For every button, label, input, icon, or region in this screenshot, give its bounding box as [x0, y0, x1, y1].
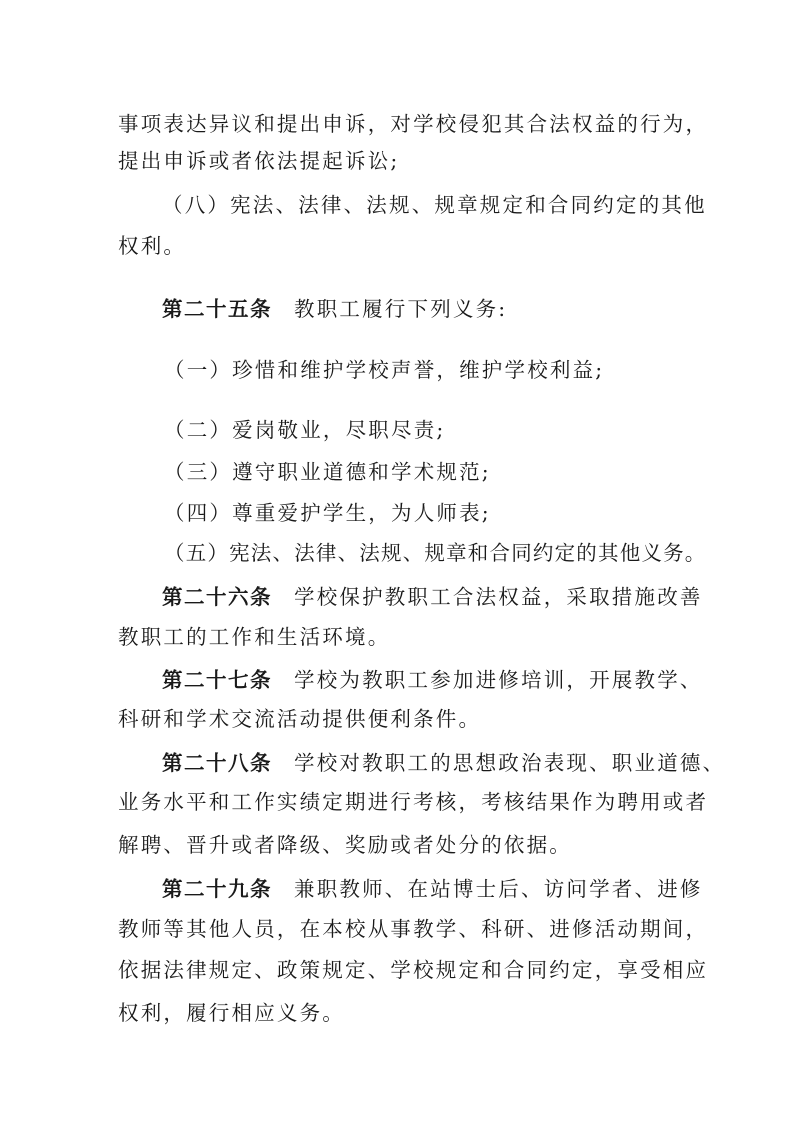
article-text: 学校对教职工的思想政治表现、职业道德、 — [294, 751, 725, 775]
article-heading: 第二十六条 — [162, 585, 272, 609]
paragraph-line: 解聘、晋升或者降级、奖励或者处分的依据。 — [118, 833, 572, 857]
paragraph-line: 教职工的工作和生活环境。 — [118, 625, 390, 649]
list-item: （五）宪法、法律、法规、规章和合同约定的其他义务。 — [164, 541, 707, 565]
article-29: 第二十九条兼职教师、在站博士后、访问学者、进修 — [162, 877, 703, 901]
article-26: 第二十六条学校保护教职工合法权益，采取措施改善 — [162, 585, 703, 609]
list-item: （一）珍惜和维护学校声誉，维护学校利益; — [164, 358, 604, 382]
article-25: 第二十五条教职工履行下列义务: — [162, 297, 507, 321]
article-text: 教职工履行下列义务: — [294, 297, 507, 321]
paragraph-line: 教师等其他人员，在本校从事教学、科研、进修活动期间， — [118, 917, 708, 941]
article-heading: 第二十八条 — [162, 751, 272, 775]
list-item: （三）遵守职业道德和学术规范; — [164, 460, 491, 484]
paragraph-line: 依据法律规定、政策规定、学校规定和合同约定，享受相应 — [118, 958, 708, 982]
list-item: （四）尊重爱护学生，为人师表; — [164, 501, 491, 525]
paragraph-line: 业务水平和工作实绩定期进行考核，考核结果作为聘用或者 — [118, 790, 708, 814]
article-heading: 第二十五条 — [162, 297, 272, 321]
article-28: 第二十八条学校对教职工的思想政治表现、职业道德、 — [162, 751, 725, 775]
paragraph-line: 事项表达异议和提出申诉，对学校侵犯其合法权益的行为， — [118, 112, 708, 136]
paragraph-line: 提出申诉或者依法提起诉讼; — [118, 149, 400, 173]
article-text: 学校为教职工参加进修培训，开展教学、 — [294, 668, 703, 692]
paragraph-line: 权利。 — [118, 234, 186, 258]
paragraph-line: 科研和学术交流活动提供便利条件。 — [118, 707, 481, 731]
list-item: （二）爱岗敬业，尽职尽责; — [164, 418, 446, 442]
paragraph-line: 权利，履行相应义务。 — [118, 1001, 345, 1025]
article-heading: 第二十九条 — [162, 877, 272, 901]
paragraph-line: （八）宪法、法律、法规、规章规定和合同约定的其他 — [162, 193, 707, 217]
article-text: 学校保护教职工合法权益，采取措施改善 — [294, 585, 703, 609]
article-text: 兼职教师、在站博士后、访问学者、进修 — [294, 877, 703, 901]
article-27: 第二十七条学校为教职工参加进修培训，开展教学、 — [162, 668, 703, 692]
article-heading: 第二十七条 — [162, 668, 272, 692]
